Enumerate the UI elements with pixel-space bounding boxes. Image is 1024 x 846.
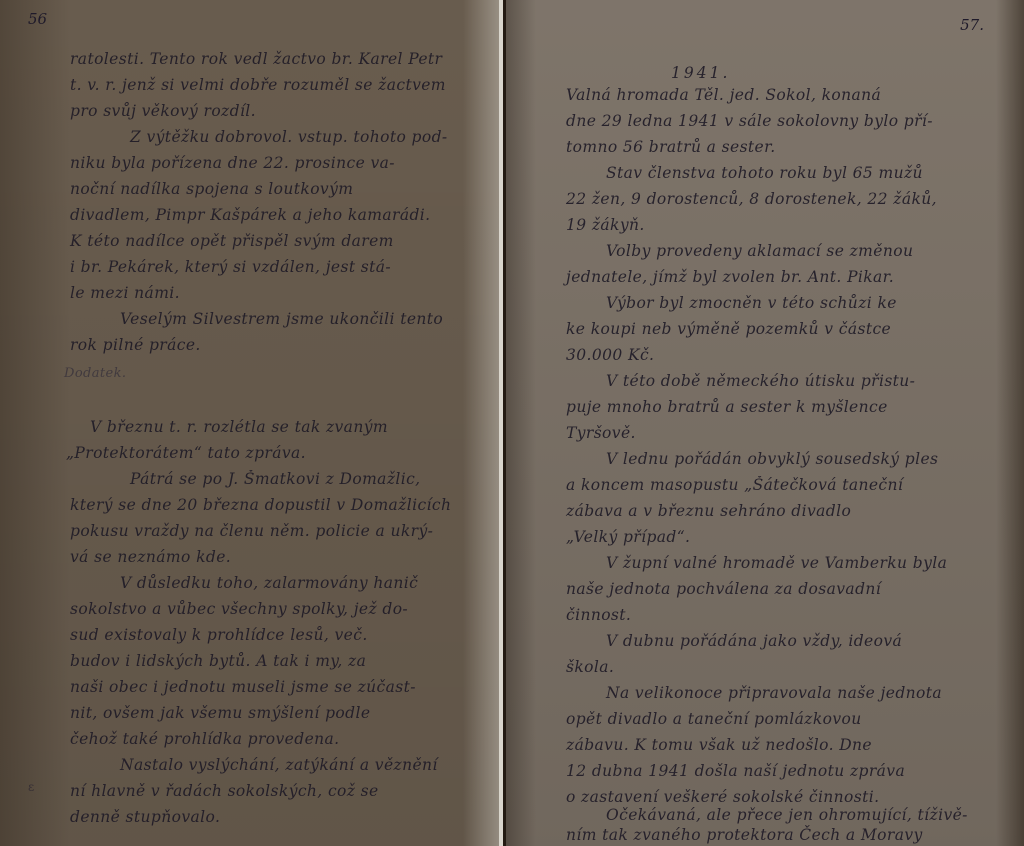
text-line: 19 žákyň. [566, 216, 645, 234]
page-number-left: 56 [28, 10, 47, 28]
text-line: ke koupi neb výměně pozemků v částce [566, 320, 891, 338]
text-line: o zastavení veškeré sokolské činnosti. [566, 788, 879, 806]
text-line: zábavu. K tomu však už nedošlo. Dne [566, 736, 872, 754]
text-line: le mezi námi. [70, 284, 180, 302]
open-notebook: 56 ratolesti. Tento rok vedl žactvo br. … [0, 0, 1024, 846]
text-line: Výbor byl zmocněn v této schůzi ke [606, 294, 897, 312]
text-line: pro svůj věkový rozdíl. [70, 102, 256, 120]
text-line: denně stupňovalo. [70, 808, 220, 826]
text-line: a koncem masopustu „Šátečková taneční [566, 476, 903, 494]
right-page: 57. 1941. Valná hromada Těl. jed. Sokol,… [506, 0, 1024, 846]
text-line: V župní valné hromadě ve Vamberku byla [606, 554, 947, 572]
text-line: Pátrá se po J. Šmatkovi z Domažlic, [130, 470, 421, 488]
page-number-right: 57. [960, 16, 984, 34]
text-line: škola. [566, 658, 614, 676]
text-line: V důsledku toho, zalarmovány hanič [120, 574, 418, 592]
text-line: „Protektorátem“ tato zpráva. [66, 444, 306, 462]
text-line: ním tak zvaného protektora Čech a Moravy [566, 826, 923, 844]
text-line: sokolstvo a vůbec všechny spolky, jež do… [70, 600, 408, 618]
text-line: Veselým Silvestrem jsme ukončili tento [120, 310, 443, 328]
text-line: V lednu pořádán obvyklý sousedský ples [606, 450, 938, 468]
year-heading: 1941. [671, 64, 730, 82]
text-line: dne 29 ledna 1941 v sále sokolovny bylo … [566, 112, 933, 130]
text-line: ratolesti. Tento rok vedl žactvo br. Kar… [70, 50, 442, 68]
text-line: vá se neznámo kde. [70, 548, 231, 566]
text-line: Na velikonoce připravovala naše jednota [606, 684, 942, 702]
text-line: tomno 56 bratrů a sester. [566, 138, 776, 156]
text-line: „Velký případ“. [566, 528, 690, 546]
text-line: i br. Pekárek, který si vzdálen, jest st… [70, 258, 391, 276]
text-line: Očekávaná, ale přece jen ohromující, tíž… [606, 806, 968, 824]
text-line: Nastalo vyslýchání, zatýkání a věznění [120, 756, 438, 774]
text-line: pokusu vraždy na členu něm. policie a uk… [70, 522, 433, 540]
text-line: činnost. [566, 606, 631, 624]
left-page: 56 ratolesti. Tento rok vedl žactvo br. … [0, 0, 503, 846]
text-line: nit, ovšem jak všemu smýšlení podle [70, 704, 370, 722]
text-line: 30.000 Kč. [566, 346, 654, 364]
text-line: 12 dubna 1941 došla naší jednotu zpráva [566, 762, 905, 780]
text-line: Volby provedeny aklamací se změnou [606, 242, 913, 260]
text-line: ní hlavně v řadách sokolských, což se [70, 782, 379, 800]
text-line: naši obec i jednotu museli jsme se zúčas… [70, 678, 416, 696]
text-line: který se dne 20 března dopustil v Domažl… [70, 496, 451, 514]
text-line: noční nadílka spojena s loutkovým [70, 180, 353, 198]
margin-mark: ε [28, 780, 34, 794]
text-line: sud existovaly k prohlídce lesů, več. [70, 626, 368, 644]
text-line: V této době německého útisku přistu- [606, 372, 915, 390]
text-line: V březnu t. r. rozlétla se tak zvaným [90, 418, 388, 436]
text-line: rok pilné práce. [70, 336, 201, 354]
text-line: zábava a v březnu sehráno divadlo [566, 502, 851, 520]
addendum-label: Dodatek. [64, 366, 126, 381]
text-line: Valná hromada Těl. jed. Sokol, konaná [566, 86, 881, 104]
text-line: jednatele, jímž byl zvolen br. Ant. Pika… [566, 268, 894, 286]
text-line: opět divadlo a taneční pomlázkovou [566, 710, 862, 728]
text-line: 22 žen, 9 dorostenců, 8 dorostenek, 22 ž… [566, 190, 937, 208]
text-line: puje mnoho bratrů a sester k myšlence [566, 398, 888, 416]
text-line: V dubnu pořádána jako vždy, ideová [606, 632, 902, 650]
text-line: divadlem, Pimpr Kašpárek a jeho kamarádi… [70, 206, 430, 224]
text-line: budov i lidských bytů. A tak i my, za [70, 652, 366, 670]
text-line: Stav členstva tohoto roku byl 65 mužů [606, 164, 923, 182]
text-line: t. v. r. jenž si velmi dobře rozuměl se … [70, 76, 446, 94]
text-line: naše jednota pochválena za dosavadní [566, 580, 881, 598]
text-line: čehož také prohlídka provedena. [70, 730, 340, 748]
text-line: Z výtěžku dobrovol. vstup. tohoto pod- [130, 128, 448, 146]
text-line: Tyršově. [566, 424, 636, 442]
text-line: K této nadílce opět přispěl svým darem [70, 232, 394, 250]
text-line: niku byla pořízena dne 22. prosince va- [70, 154, 395, 172]
